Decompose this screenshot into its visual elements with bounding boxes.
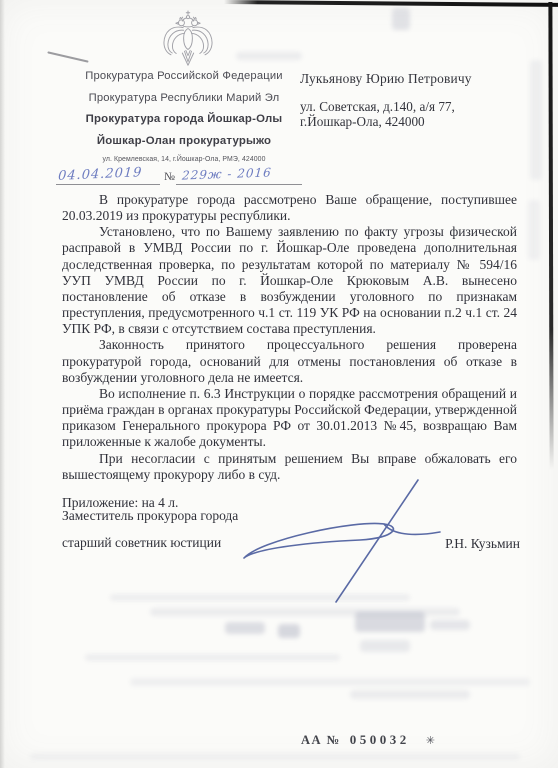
scan-smudge bbox=[530, 60, 542, 180]
recipient-block: Лукьянову Юрию Петровичу ул. Советская, … bbox=[300, 71, 535, 129]
recipient-address-line2: г.Йошкар-Ола, 424000 bbox=[300, 115, 535, 130]
serial-number: 050032 bbox=[350, 732, 410, 747]
letter-body: В прокуратуре города рассмотрено Ваше об… bbox=[62, 192, 517, 511]
serial-series: АА № bbox=[301, 733, 341, 747]
letterhead-org-line4: Йошкар-Олан прокуратурыжо bbox=[56, 135, 312, 147]
letterhead-org-line3: Прокуратура города Йошкар-Олы bbox=[56, 113, 312, 125]
ghost-text-blob bbox=[430, 620, 470, 630]
letterhead: Прокуратура Российской Федерации Прокура… bbox=[56, 70, 312, 191]
ghost-text-blob bbox=[360, 640, 410, 652]
ghost-text-line bbox=[350, 690, 470, 699]
paragraph-3: Законность принятого процессуального реш… bbox=[62, 337, 517, 385]
letterhead-org-line2: Прокуратура Республики Марий Эл bbox=[56, 92, 312, 104]
signer-name: Р.Н. Кузьмин bbox=[445, 536, 520, 552]
signer-position-line2: старший советник юстиции bbox=[62, 535, 221, 550]
paragraph-1: В прокуратуре города рассмотрено Ваше об… bbox=[62, 192, 517, 224]
asterisk-mark-icon: ✳ bbox=[426, 735, 435, 747]
handwritten-date: 04.04.2019 bbox=[58, 165, 143, 184]
scan-smudge bbox=[528, 200, 540, 260]
ghost-text-line bbox=[110, 594, 410, 601]
date-number-row: 04.04.2019 № 229ж - 2016 bbox=[56, 167, 312, 191]
scan-edge-top bbox=[224, 0, 558, 6]
scanned-letter-page: Прокуратура Российской Федерации Прокура… bbox=[0, 0, 558, 768]
handwritten-number: 229ж - 2016 bbox=[182, 165, 273, 182]
letterhead-address: ул. Кремлевская, 14, г.Йошкар-Ола, РМЭ, … bbox=[56, 156, 312, 163]
paragraph-4: Во исполнение п. 6.3 Инструкции о порядк… bbox=[62, 386, 517, 451]
form-serial: АА №050032✳ bbox=[301, 731, 435, 749]
paragraph-2: Установлено, что по Вашему заявлению по … bbox=[62, 224, 517, 337]
recipient-address-line1: ул. Советская, д.140, а/я 77, bbox=[300, 100, 535, 115]
scan-edge-right bbox=[548, 2, 553, 470]
number-sign: № bbox=[164, 171, 175, 183]
number-underline bbox=[176, 184, 302, 185]
double-headed-eagle-icon bbox=[160, 8, 216, 70]
recipient-name: Лукьянову Юрию Петровичу bbox=[300, 71, 535, 87]
ghost-text-line bbox=[130, 678, 530, 686]
ghost-text-line bbox=[85, 654, 340, 661]
pen-mark-artifact bbox=[47, 51, 88, 62]
scan-smudge bbox=[236, 52, 302, 60]
ghost-text-blob bbox=[278, 624, 300, 638]
ghost-text-blob bbox=[355, 612, 425, 632]
letterhead-org-line1: Прокуратура Российской Федерации bbox=[56, 70, 312, 82]
ghost-text-blob bbox=[225, 622, 265, 634]
handwritten-signature bbox=[238, 476, 444, 606]
scan-smudge bbox=[392, 8, 410, 30]
scan-edge-left bbox=[0, 0, 5, 768]
date-underline bbox=[56, 184, 160, 185]
ghost-text-line bbox=[30, 753, 520, 760]
